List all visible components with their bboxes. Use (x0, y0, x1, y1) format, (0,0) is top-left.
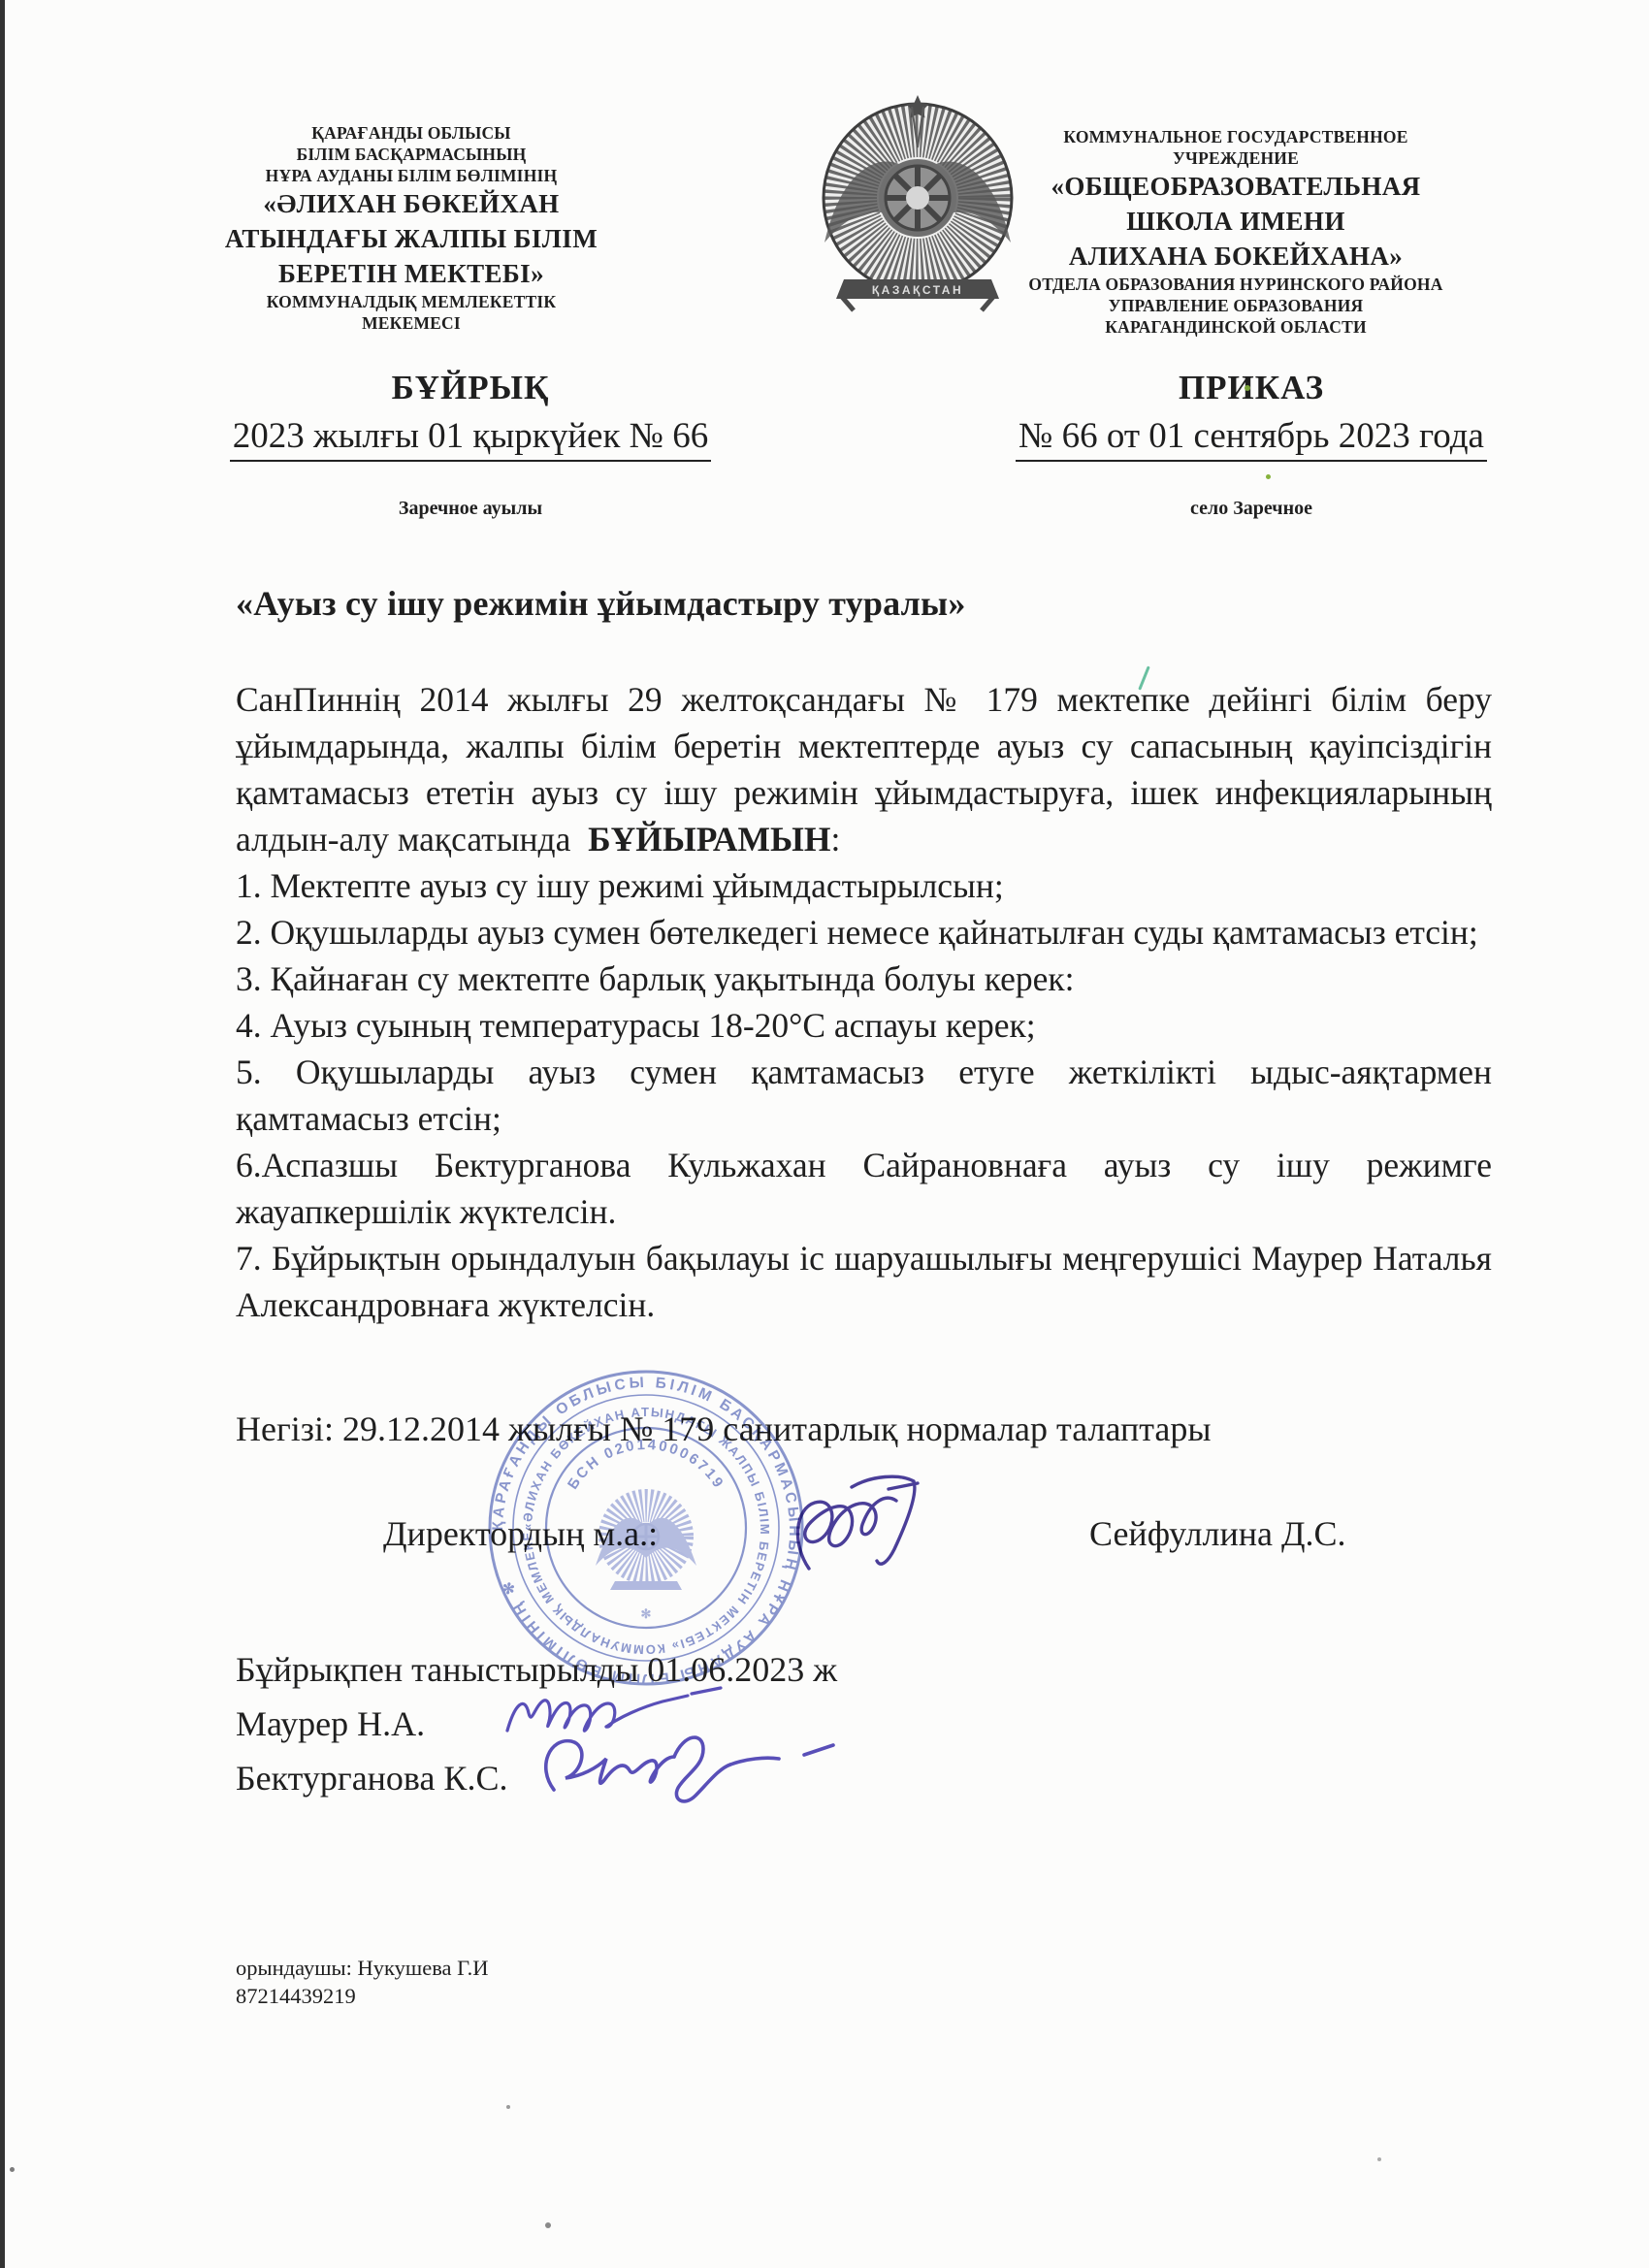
school-name-line: ШКОЛА ИМЕНИ (1015, 204, 1457, 239)
signer-name: Маурер Н.А. (236, 1703, 425, 1744)
executor-name: орындаушы: Нукушева Г.И (236, 1954, 488, 1982)
order-item: 6.Аспазшы Бектурганова Кульжахан Сайрано… (236, 1142, 1492, 1235)
order-item: 7. Бұйрықтын орындалуын бақылауы іс шару… (236, 1235, 1492, 1328)
bekturganova-signature (529, 1722, 839, 1833)
scan-speck (10, 2167, 15, 2172)
order-place-kk: Заречное ауылы (199, 498, 742, 520)
order-place-ru: село Заречное (980, 498, 1523, 520)
order-title-kk: БҰЙРЫҚ (199, 369, 742, 407)
order-subject: «Ауыз су ішу режимін ұйымдастыру туралы» (236, 583, 966, 624)
school-name-line: АЛИХАНА БОКЕЙХАНА» (1015, 239, 1457, 274)
school-name-line: БЕРЕТІН МЕКТЕБІ» (218, 256, 604, 291)
executor-block: орындаушы: Нукушева Г.И 87214439219 (236, 1954, 488, 2010)
order-heading-russian: ПРИКАЗ № 66 от 01 сентябрь 2023 года сел… (980, 369, 1523, 520)
org-line: КОММУНАЛДЫҚ МЕМЛЕКЕТТІК МЕКЕМЕСІ (218, 291, 604, 334)
scan-speck (1266, 474, 1271, 479)
order-date-kk: 2023 жылғы 01 қыркүйек № 66 (199, 415, 742, 457)
org-line: КОММУНАЛЬНОЕ ГОСУДАРСТВЕННОЕ УЧРЕЖДЕНИЕ (1015, 126, 1457, 169)
scan-speck (1245, 385, 1250, 391)
scan-speck (506, 2105, 510, 2109)
stamp-star: ✻ (641, 1606, 652, 1621)
school-name-line: АТЫНДАҒЫ ЖАЛПЫ БІЛІМ (218, 221, 604, 256)
school-name-line: «ӘЛИХАН БӨКЕЙХАН (218, 186, 604, 221)
official-round-stamp: ҚАРАҒАНДЫ ОБЛЫСЫ БІЛІМ БАСҚАРМАСЫНЫҢ НҰР… (482, 1364, 810, 1692)
letterhead-russian: КОММУНАЛЬНОЕ ГОСУДАРСТВЕННОЕ УЧРЕЖДЕНИЕ … (1015, 126, 1457, 338)
scan-speck (1377, 2157, 1381, 2161)
order-date-ru: № 66 от 01 сентябрь 2023 года (980, 415, 1523, 457)
order-item: 3. Қайнаған су мектепте барлық уақытында… (236, 956, 1492, 1002)
scan-edge-artifact (0, 0, 5, 2268)
order-item: 4. Ауыз суының температурасы 18-20°С асп… (236, 1002, 1492, 1049)
intro-paragraph: СанПиннің 2014 жылғы 29 желтоқсандағы № … (236, 676, 1492, 862)
letterhead-kazakh: ҚАРАҒАНДЫ ОБЛЫСЫ БІЛІМ БАСҚАРМАСЫНЫҢ НҰР… (218, 122, 604, 334)
kazakhstan-emblem-icon: ҚАЗАҚСТАН (815, 89, 1020, 314)
executor-phone: 87214439219 (236, 1982, 488, 2010)
scan-speck (545, 2222, 551, 2228)
order-heading-kazakh: БҰЙРЫҚ 2023 жылғы 01 қыркүйек № 66 Зареч… (199, 369, 742, 520)
order-item: 2. Оқушыларды ауыз сумен бөтелкедегі нем… (236, 909, 1492, 956)
order-body: СанПиннің 2014 жылғы 29 желтоқсандағы № … (236, 676, 1492, 1328)
org-line: НҰРА АУДАНЫ БІЛІМ БӨЛІМІНІҢ (218, 165, 604, 186)
org-line: КАРАГАНДИНСКОЙ ОБЛАСТИ (1015, 316, 1457, 338)
order-title-ru: ПРИКАЗ (980, 369, 1523, 407)
order-item: 5. Оқушыларды ауыз сумен қамтамасыз етуг… (236, 1049, 1492, 1142)
org-line: ҚАРАҒАНДЫ ОБЛЫСЫ (218, 122, 604, 144)
order-word: БҰЙЫРАМЫН (588, 820, 830, 859)
school-name-line: «ОБЩЕОБРАЗОВАТЕЛЬНАЯ (1015, 169, 1457, 204)
org-line: БІЛІМ БАСҚАРМАСЫНЫҢ (218, 144, 604, 165)
director-name: Сейфуллина Д.С. (1089, 1513, 1346, 1554)
order-item: 1. Мектепте ауыз су ішу режимі ұйымдасты… (236, 862, 1492, 909)
signer-name: Бектурганова К.С. (236, 1758, 507, 1798)
emblem-banner-label: ҚАЗАҚСТАН (872, 283, 963, 297)
org-line: УПРАВЛЕНИЕ ОБРАЗОВАНИЯ (1015, 295, 1457, 316)
document-page: ҚАРАҒАНДЫ ОБЛЫСЫ БІЛІМ БАСҚАРМАСЫНЫҢ НҰР… (0, 0, 1649, 2268)
org-line: ОТДЕЛА ОБРАЗОВАНИЯ НУРИНСКОГО РАЙОНА (1015, 274, 1457, 295)
